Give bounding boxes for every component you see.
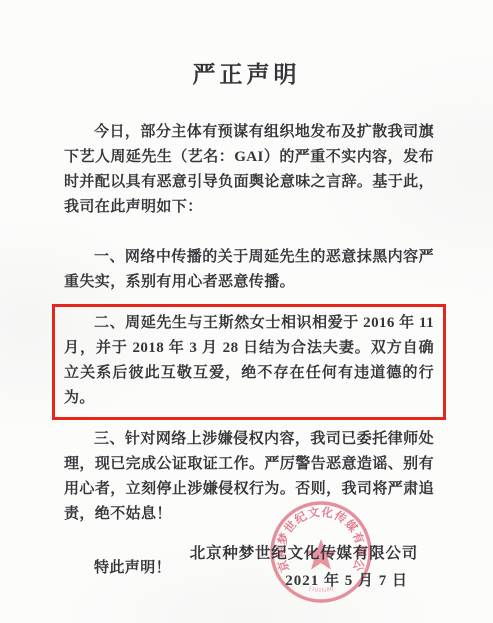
company-name: 北京种梦世纪文化传媒有限公司: [190, 541, 418, 563]
highlight-box: 二、周延先生与王斯然女士相识相爱于 2016 年 11 月，并于 2018 年 …: [52, 304, 446, 420]
statement-item-2: 二、周延先生与王斯然女士相识相爱于 2016 年 11 月，并于 2018 年 …: [64, 311, 434, 411]
signature-block: 北京种梦世纪文化传媒有限公司 1101G80 北京种梦世纪文化传媒有限公司 20…: [0, 498, 493, 623]
intro-paragraph: 今日，部分主体有预谋有组织地发布及扩散我司旗下艺人周延先生（艺名：GAI）的严重…: [64, 120, 434, 220]
statement-item-1: 一、网络中传播的关于周延先生的恶意抹黑内容严重失实，系别有用心者恶意传播。: [64, 245, 434, 295]
signature-date: 2021 年 5 月 7 日: [285, 569, 408, 590]
document-page: 严正声明 今日，部分主体有预谋有组织地发布及扩散我司旗下艺人周延先生（艺名：GA…: [0, 0, 493, 623]
document-title: 严正声明: [0, 0, 493, 89]
